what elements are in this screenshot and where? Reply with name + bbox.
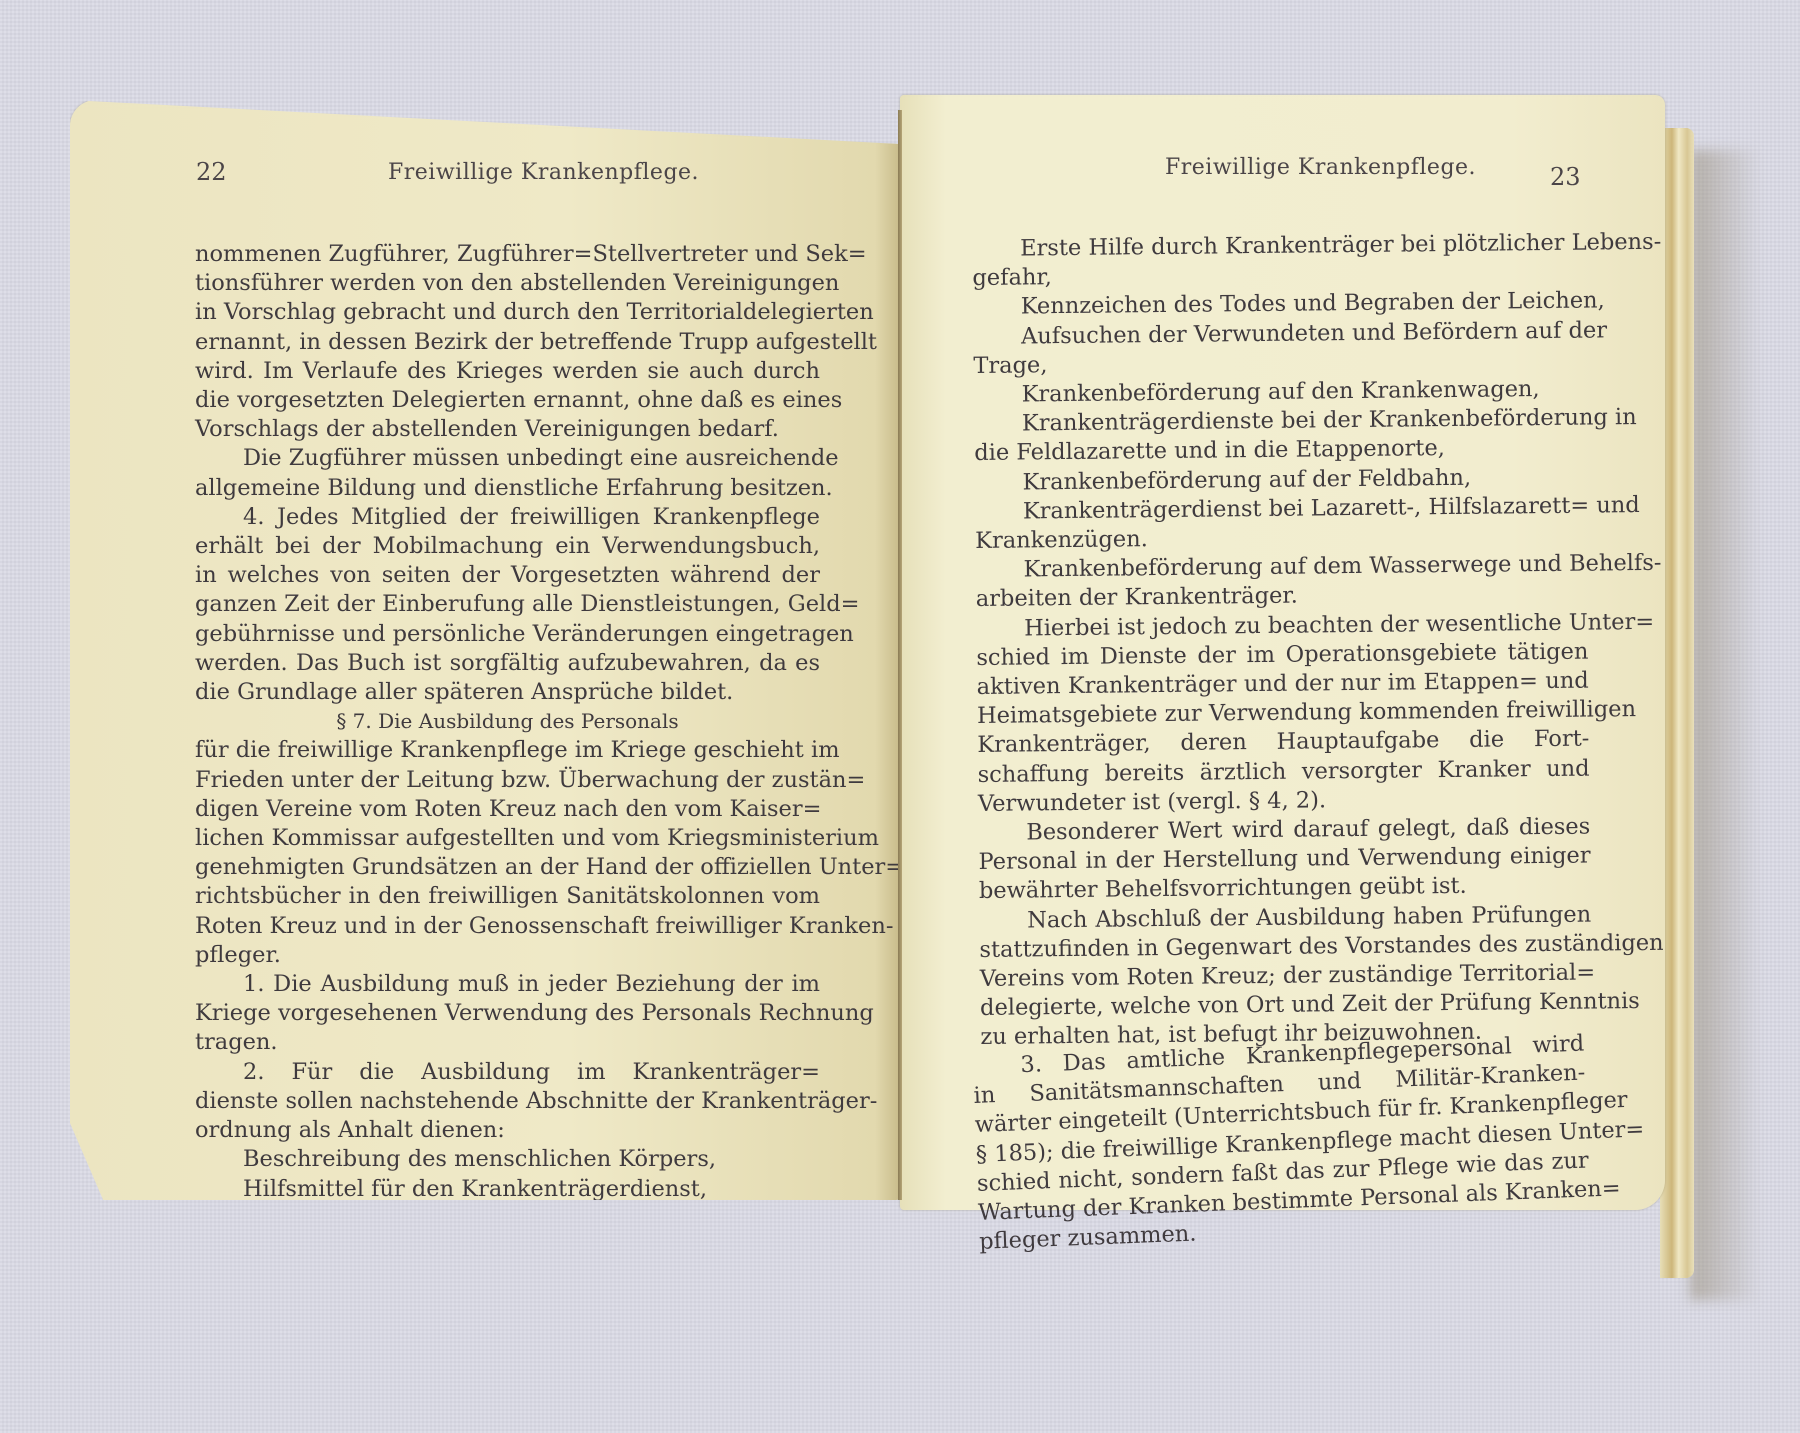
right-page-body-bottom: 3. Das amtliche Krankenpflegepersonal wi…	[972, 1030, 1591, 1258]
page-number: 22	[196, 158, 227, 186]
text-line: richtsbücher in den freiwilligen Sanität…	[195, 882, 820, 911]
text-line: tragen.	[195, 1028, 820, 1057]
right-page-body: Erste Hilfe durch Krankenträger bei plöt…	[972, 229, 1593, 1053]
text-line: wird. Im Verlaufe des Krieges werden sie…	[195, 357, 820, 386]
running-title: Freiwillige Krankenpflege.	[388, 160, 699, 185]
text-line: allgemeine Bildung und dienstliche Erfah…	[195, 474, 820, 503]
book-shadow	[1690, 150, 1760, 1300]
running-title: Freiwillige Krankenpflege.	[1165, 155, 1476, 180]
text-line: in welches von seiten der Vorgesetzten w…	[195, 561, 820, 590]
text-line: Beschreibung des menschlichen Körpers,	[195, 1145, 820, 1174]
right-page: Freiwillige Krankenpflege. 23 Erste Hilf…	[900, 95, 1665, 1210]
text-line: die vorgesetzten Delegierten ernannt, oh…	[195, 386, 820, 415]
text-line: ganzen Zeit der Einberufung alle Dienstl…	[195, 590, 820, 619]
text-line: die Grundlage aller späteren Ansprüche b…	[195, 678, 820, 707]
text-line: erhält bei der Mobilmachung ein Verwendu…	[195, 532, 820, 561]
text-line: für die freiwillige Krankenpflege im Kri…	[195, 736, 820, 765]
text-line: Vorschlags der abstellenden Vereinigunge…	[195, 415, 820, 444]
book-gutter	[898, 110, 902, 1200]
page-number: 23	[1550, 163, 1581, 191]
text-line: 2. Für die Ausbildung im Krankenträger=	[195, 1058, 820, 1087]
text-line: digen Vereine vom Roten Kreuz nach den v…	[195, 795, 820, 824]
text-line: Die Zugführer müssen unbedingt eine ausr…	[195, 444, 820, 473]
text-line: genehmigten Grundsätzen an der Hand der …	[195, 853, 820, 882]
page-edges	[1660, 128, 1694, 1278]
text-line: tionsführer werden von den abstellenden …	[195, 269, 820, 298]
text-line: pfleger.	[195, 941, 820, 970]
text-line: Roten Kreuz und in der Genossenschaft fr…	[195, 912, 820, 941]
text-line: Kriegsverletzungen, Druck, Schutz= und S…	[195, 1204, 820, 1233]
left-page-body: nommenen Zugführer, Zugführer=Stellvertr…	[195, 240, 820, 1233]
text-line: ernannt, in dessen Bezirk der betreffend…	[195, 328, 820, 357]
text-line: gebührnisse und persönliche Veränderunge…	[195, 620, 820, 649]
section-heading: § 7. Die Ausbildung des Personals	[195, 707, 820, 736]
text-line: nommenen Zugführer, Zugführer=Stellvertr…	[195, 240, 820, 269]
text-line: 4. Jedes Mitglied der freiwilligen Krank…	[195, 503, 820, 532]
text-line: werden. Das Buch ist sorgfältig aufzubew…	[195, 649, 820, 678]
text-line: dienste sollen nachstehende Abschnitte d…	[195, 1087, 820, 1116]
text-line: in Vorschlag gebracht und durch den Terr…	[195, 298, 820, 327]
text-line: lichen Kommissar aufgestellten und vom K…	[195, 824, 820, 853]
left-page: 22 Freiwillige Krankenpflege. nommenen Z…	[70, 100, 900, 1200]
text-line: 1. Die Ausbildung muß in jeder Beziehung…	[195, 970, 820, 999]
text-line: ordnung als Anhalt dienen:	[195, 1116, 820, 1145]
text-line: Hilfsmittel für den Krankenträgerdienst,	[195, 1175, 820, 1204]
text-line: Kriege vorgesehenen Verwendung des Perso…	[195, 999, 820, 1028]
text-line: Frieden unter der Leitung bzw. Überwachu…	[195, 766, 820, 795]
